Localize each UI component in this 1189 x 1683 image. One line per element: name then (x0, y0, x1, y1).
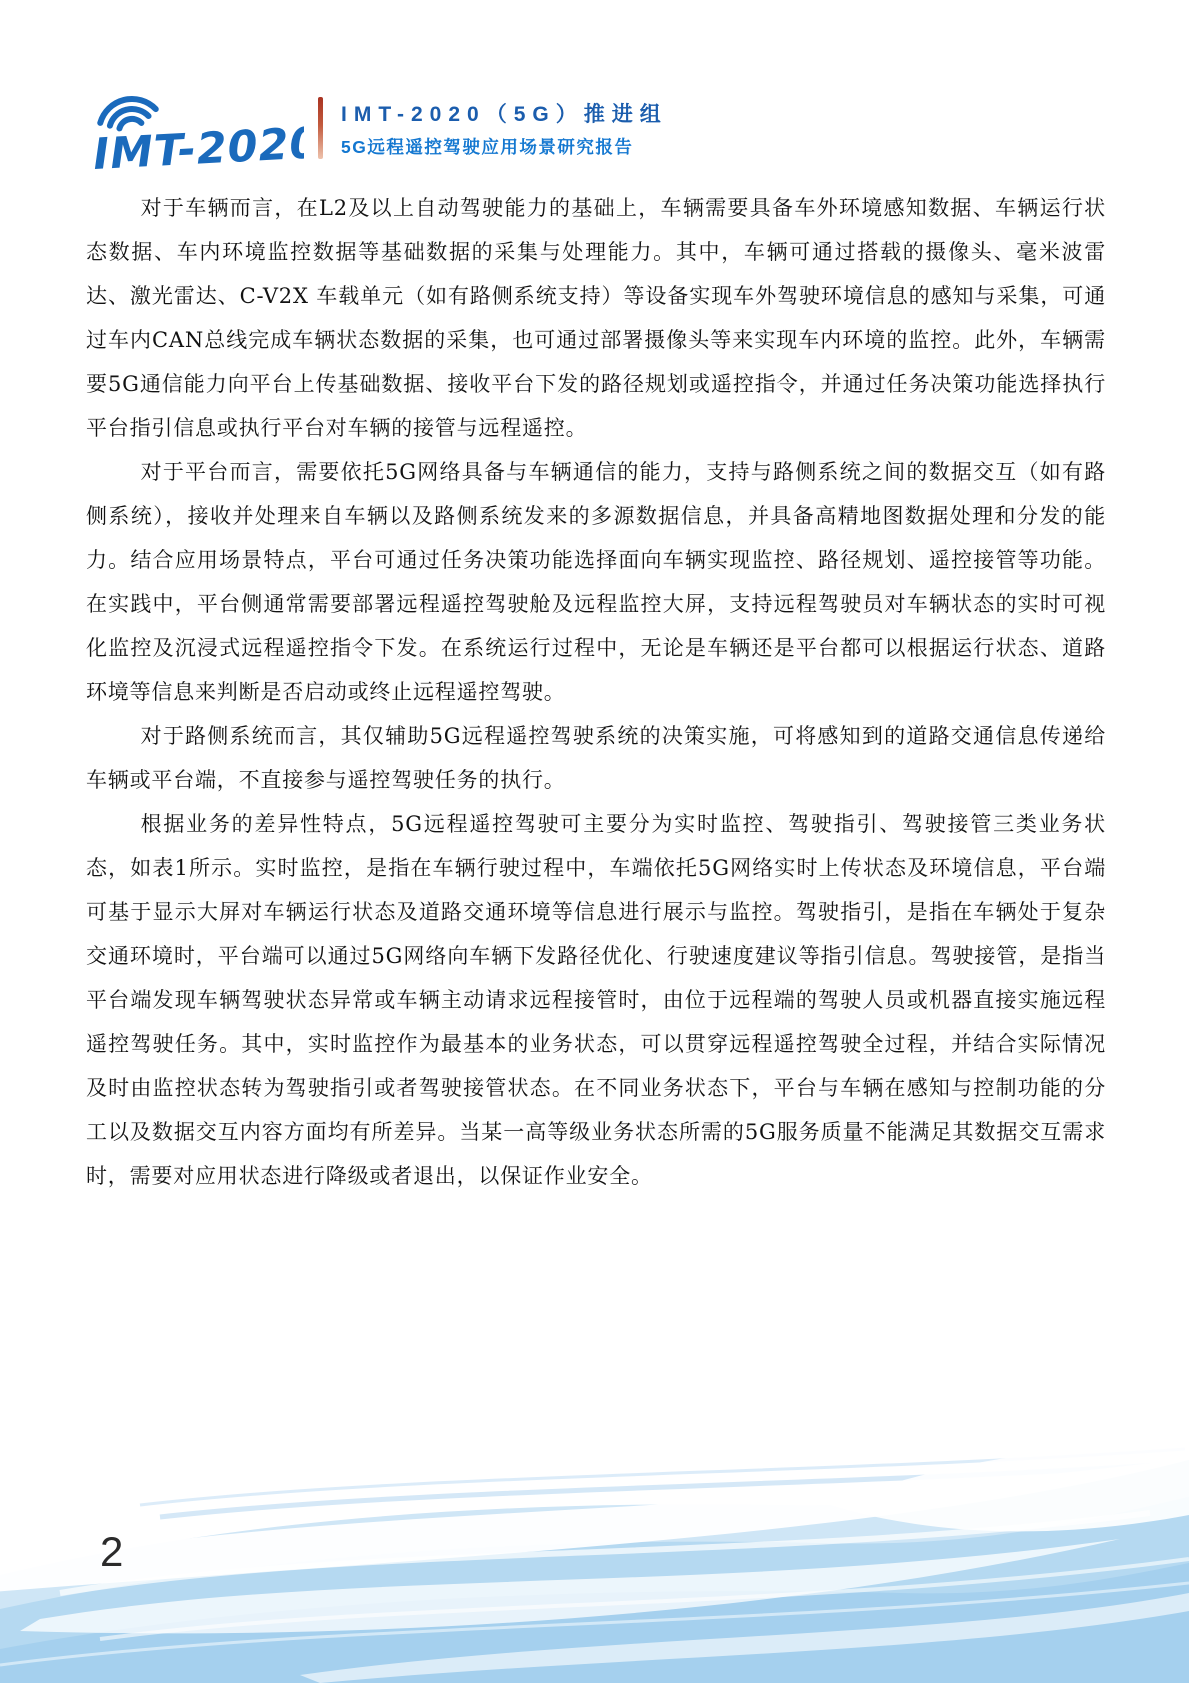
imt2020-logo: IMT-2020 (86, 76, 304, 180)
paragraph-platform: 对于平台而言，需要依托5G网络具备与车辆通信的能力，支持与路侧系统之间的数据交互… (86, 450, 1106, 714)
document-page: IMT-2020 IMT-2020（5G）推进组 5G远程遥控驾驶应用场景研究报… (0, 0, 1189, 1683)
page-number: 2 (100, 1528, 123, 1576)
page-header: IMT-2020 IMT-2020（5G）推进组 5G远程遥控驾驶应用场景研究报… (86, 76, 668, 180)
report-title: 5G远程遥控驾驶应用场景研究报告 (341, 134, 668, 159)
paragraph-vehicle: 对于车辆而言，在L2及以上自动驾驶能力的基础上，车辆需要具备车外环境感知数据、车… (86, 186, 1106, 450)
logo-wordmark: IMT-2020 (92, 118, 304, 180)
header-titles: IMT-2020（5G）推进组 5G远程遥控驾驶应用场景研究报告 (341, 98, 668, 159)
header-divider (318, 97, 323, 159)
org-title: IMT-2020（5G）推进组 (341, 98, 668, 128)
footer-wave-decoration (0, 1443, 1189, 1683)
body-content: 对于车辆而言，在L2及以上自动驾驶能力的基础上，车辆需要具备车外环境感知数据、车… (86, 186, 1106, 1198)
paragraph-business-states: 根据业务的差异性特点，5G远程遥控驾驶可主要分为实时监控、驾驶指引、驾驶接管三类… (86, 802, 1106, 1198)
paragraph-roadside: 对于路侧系统而言，其仅辅助5G远程遥控驾驶系统的决策实施，可将感知到的道路交通信… (86, 714, 1106, 802)
